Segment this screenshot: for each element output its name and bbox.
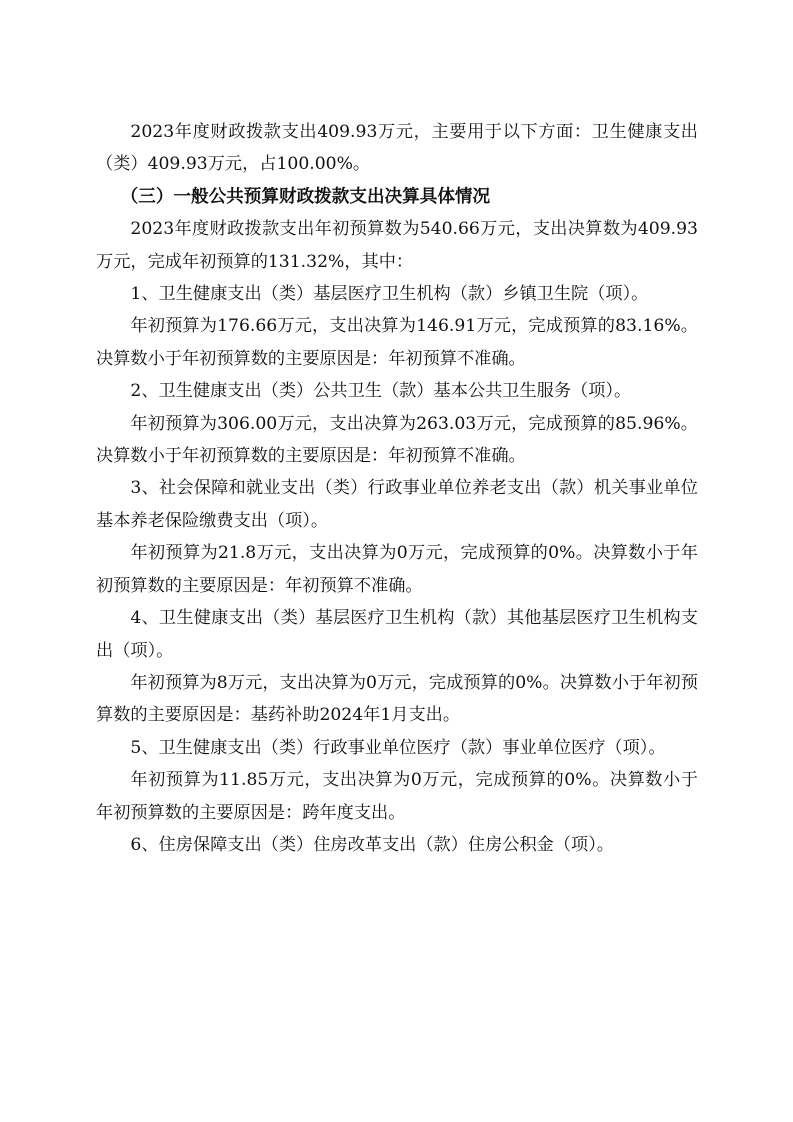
paragraph-expenditure-summary: 2023年度财政拨款支出409.93万元，主要用于以下方面：卫生健康支出（类）4…: [96, 116, 698, 181]
paragraph-budget-overview: 2023年度财政拨款支出年初预算数为540.66万元，支出决算数为409.93万…: [96, 213, 698, 278]
item-5-detail: 年初预算为11.85万元，支出决算为0万元，完成预算的0%。决算数小于年初预算数…: [96, 764, 698, 829]
item-1-title: 1、卫生健康支出（类）基层医疗卫生机构（款）乡镇卫生院（项）。: [96, 278, 698, 310]
section-heading: （三）一般公共预算财政拨款支出决算具体情况: [96, 181, 698, 213]
item-6-title: 6、住房保障支出（类）住房改革支出（款）住房公积金（项）。: [96, 829, 698, 861]
item-4-title: 4、卫生健康支出（类）基层医疗卫生机构（款）其他基层医疗卫生机构支出（项）。: [96, 602, 698, 667]
item-1-detail: 年初预算为176.66万元，支出决算为146.91万元，完成预算的83.16%。…: [96, 310, 698, 375]
item-2-detail: 年初预算为306.00万元，支出决算为263.03万元，完成预算的85.96%。…: [96, 408, 698, 473]
item-3-detail: 年初预算为21.8万元，支出决算为0万元，完成预算的0%。决算数小于年初预算数的…: [96, 537, 698, 602]
document-page: 2023年度财政拨款支出409.93万元，主要用于以下方面：卫生健康支出（类）4…: [96, 116, 698, 861]
item-4-detail: 年初预算为8万元，支出决算为0万元，完成预算的0%。决算数小于年初预算数的主要原…: [96, 667, 698, 732]
item-5-title: 5、卫生健康支出（类）行政事业单位医疗（款）事业单位医疗（项）。: [96, 732, 698, 764]
item-2-title: 2、卫生健康支出（类）公共卫生（款）基本公共卫生服务（项）。: [96, 375, 698, 407]
item-3-title: 3、社会保障和就业支出（类）行政事业单位养老支出（款）机关事业单位基本养老保险缴…: [96, 472, 698, 537]
